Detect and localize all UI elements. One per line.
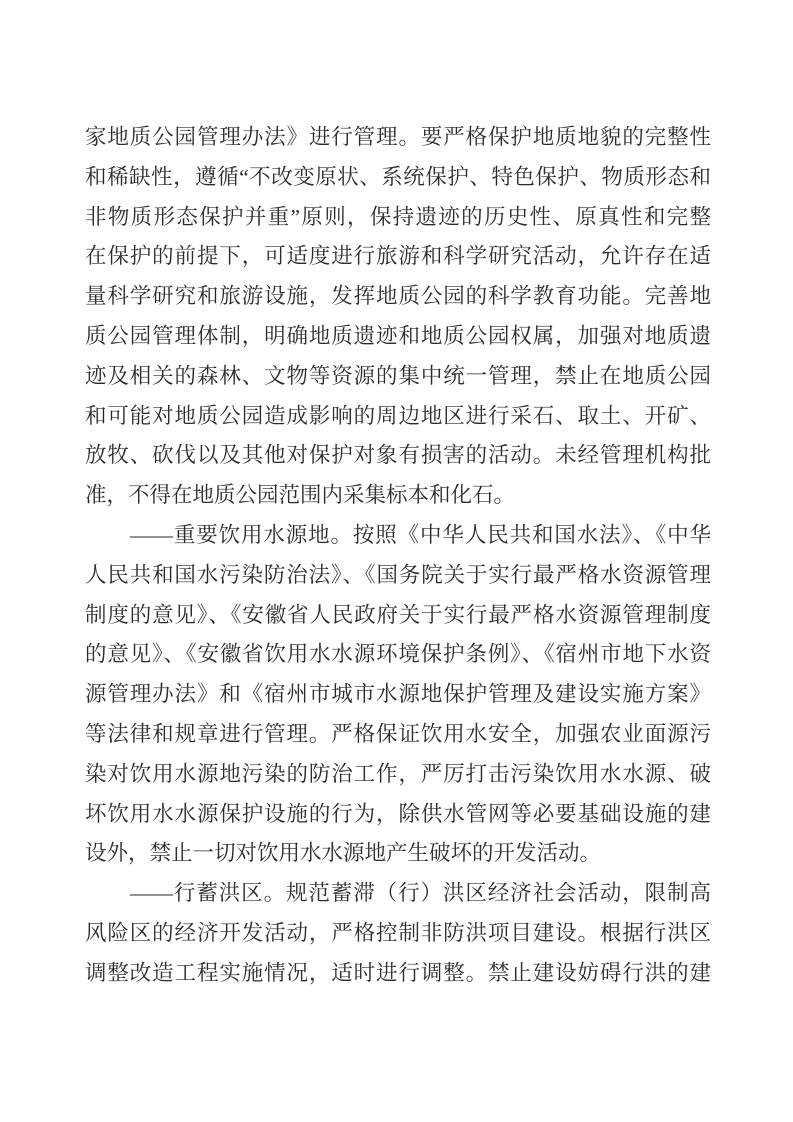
text-line: 坏饮用水水源保护设施的行为，除供水管网等必要基础设施的建 bbox=[85, 795, 711, 835]
text-line: 在保护的前提下，可适度进行旅游和科学研究活动，允许存在适 bbox=[85, 237, 711, 277]
text-line: ——重要饮用水源地。按照《中华人民共和国水法》、《中华 bbox=[85, 516, 711, 556]
text-line: 和可能对地质公园造成影响的周边地区进行采石、取土、开矿、 bbox=[85, 397, 711, 437]
text-line: ——行蓄洪区。规范蓄滞（行）洪区经济社会活动，限制高 bbox=[85, 874, 711, 914]
text-line: 的意见》、《安徽省饮用水水源环境保护条例》、《宿州市地下水资 bbox=[85, 635, 711, 675]
text-line: 非物质形态保护并重”原则，保持遗迹的历史性、原真性和完整性。 bbox=[85, 198, 711, 238]
text-line: 量科学研究和旅游设施，发挥地质公园的科学教育功能。完善地 bbox=[85, 277, 711, 317]
text-line: 等法律和规章进行管理。严格保证饮用水安全，加强农业面源污 bbox=[85, 715, 711, 755]
text-line: 迹及相关的森林、文物等资源的集中统一管理，禁止在地质公园 bbox=[85, 357, 711, 397]
document-page: 家地质公园管理办法》进行管理。要严格保护地质地貌的完整性和稀缺性，遵循“不改变原… bbox=[0, 0, 793, 1122]
text-line: 源管理办法》和《宿州市城市水源地保护管理及建设实施方案》 bbox=[85, 675, 711, 715]
text-line: 制度的意见》、《安徽省人民政府关于实行最严格水资源管理制度 bbox=[85, 596, 711, 636]
text-line: 风险区的经济开发活动，严格控制非防洪项目建设。根据行洪区 bbox=[85, 914, 711, 954]
text-line: 染对饮用水源地污染的防治工作，严厉打击污染饮用水水源、破 bbox=[85, 755, 711, 795]
document-body: 家地质公园管理办法》进行管理。要严格保护地质地貌的完整性和稀缺性，遵循“不改变原… bbox=[85, 118, 711, 994]
text-line: 调整改造工程实施情况，适时进行调整。禁止建设妨碍行洪的建 bbox=[85, 954, 711, 994]
text-line: 放牧、砍伐以及其他对保护对象有损害的活动。未经管理机构批 bbox=[85, 436, 711, 476]
text-line: 和稀缺性，遵循“不改变原状、系统保护、特色保护、物质形态和 bbox=[85, 158, 711, 198]
text-line: 设外，禁止一切对饮用水水源地产生破坏的开发活动。 bbox=[85, 834, 711, 874]
text-line: 质公园管理体制，明确地质遗迹和地质公园权属，加强对地质遗 bbox=[85, 317, 711, 357]
text-line: 人民共和国水污染防治法》、《国务院关于实行最严格水资源管理 bbox=[85, 556, 711, 596]
text-line: 准，不得在地质公园范围内采集标本和化石。 bbox=[85, 476, 711, 516]
text-line: 家地质公园管理办法》进行管理。要严格保护地质地貌的完整性 bbox=[85, 118, 711, 158]
